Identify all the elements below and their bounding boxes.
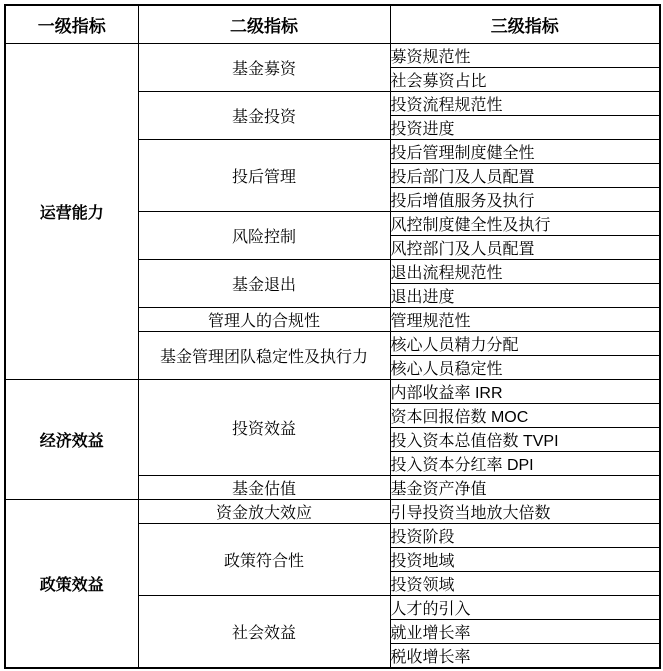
level3-cell: 风控部门及人员配置 <box>390 236 660 260</box>
table-row: 政策效益资金放大效应引导投资当地放大倍数 <box>5 500 660 524</box>
level3-cell: 投后管理制度健全性 <box>390 140 660 164</box>
level3-cell: 投资领域 <box>390 572 660 596</box>
level1-cell: 运营能力 <box>5 44 138 380</box>
level3-cell: 社会募资占比 <box>390 68 660 92</box>
level3-cell: 风控制度健全性及执行 <box>390 212 660 236</box>
level2-cell: 基金投资 <box>138 92 390 140</box>
level3-cell: 就业增长率 <box>390 620 660 644</box>
level2-cell: 政策符合性 <box>138 524 390 596</box>
level3-cell: 核心人员精力分配 <box>390 332 660 356</box>
level3-cell: 核心人员稳定性 <box>390 356 660 380</box>
header-level3: 三级指标 <box>390 5 660 44</box>
level3-cell: 投入资本总值倍数 TVPI <box>390 428 660 452</box>
level2-cell: 基金管理团队稳定性及执行力 <box>138 332 390 380</box>
document-page: 一级指标 二级指标 三级指标 运营能力基金募资募资规范性社会募资占比基金投资投资… <box>0 0 663 671</box>
level3-cell: 退出流程规范性 <box>390 260 660 284</box>
level3-cell: 引导投资当地放大倍数 <box>390 500 660 524</box>
level3-cell: 退出进度 <box>390 284 660 308</box>
indicator-table: 一级指标 二级指标 三级指标 运营能力基金募资募资规范性社会募资占比基金投资投资… <box>4 4 661 669</box>
table-row: 经济效益投资效益内部收益率 IRR <box>5 380 660 404</box>
level1-cell: 政策效益 <box>5 500 138 669</box>
level1-cell: 经济效益 <box>5 380 138 500</box>
header-row: 一级指标 二级指标 三级指标 <box>5 5 660 44</box>
table-header: 一级指标 二级指标 三级指标 <box>5 5 660 44</box>
header-level2: 二级指标 <box>138 5 390 44</box>
level3-cell: 人才的引入 <box>390 596 660 620</box>
table-body: 运营能力基金募资募资规范性社会募资占比基金投资投资流程规范性投资进度投后管理投后… <box>5 44 660 669</box>
level3-cell: 投后增值服务及执行 <box>390 188 660 212</box>
level3-cell: 税收增长率 <box>390 644 660 669</box>
level3-cell: 基金资产净值 <box>390 476 660 500</box>
level3-cell: 投入资本分红率 DPI <box>390 452 660 476</box>
level3-cell: 投资地域 <box>390 548 660 572</box>
level2-cell: 基金退出 <box>138 260 390 308</box>
level3-cell: 资本回报倍数 MOC <box>390 404 660 428</box>
level2-cell: 社会效益 <box>138 596 390 669</box>
level3-cell: 内部收益率 IRR <box>390 380 660 404</box>
level2-cell: 资金放大效应 <box>138 500 390 524</box>
level2-cell: 投后管理 <box>138 140 390 212</box>
table-row: 运营能力基金募资募资规范性 <box>5 44 660 68</box>
level2-cell: 基金估值 <box>138 476 390 500</box>
level3-cell: 管理规范性 <box>390 308 660 332</box>
level2-cell: 投资效益 <box>138 380 390 476</box>
level2-cell: 风险控制 <box>138 212 390 260</box>
level3-cell: 募资规范性 <box>390 44 660 68</box>
level3-cell: 投后部门及人员配置 <box>390 164 660 188</box>
level2-cell: 基金募资 <box>138 44 390 92</box>
level3-cell: 投资流程规范性 <box>390 92 660 116</box>
level2-cell: 管理人的合规性 <box>138 308 390 332</box>
header-level1: 一级指标 <box>5 5 138 44</box>
level3-cell: 投资进度 <box>390 116 660 140</box>
level3-cell: 投资阶段 <box>390 524 660 548</box>
